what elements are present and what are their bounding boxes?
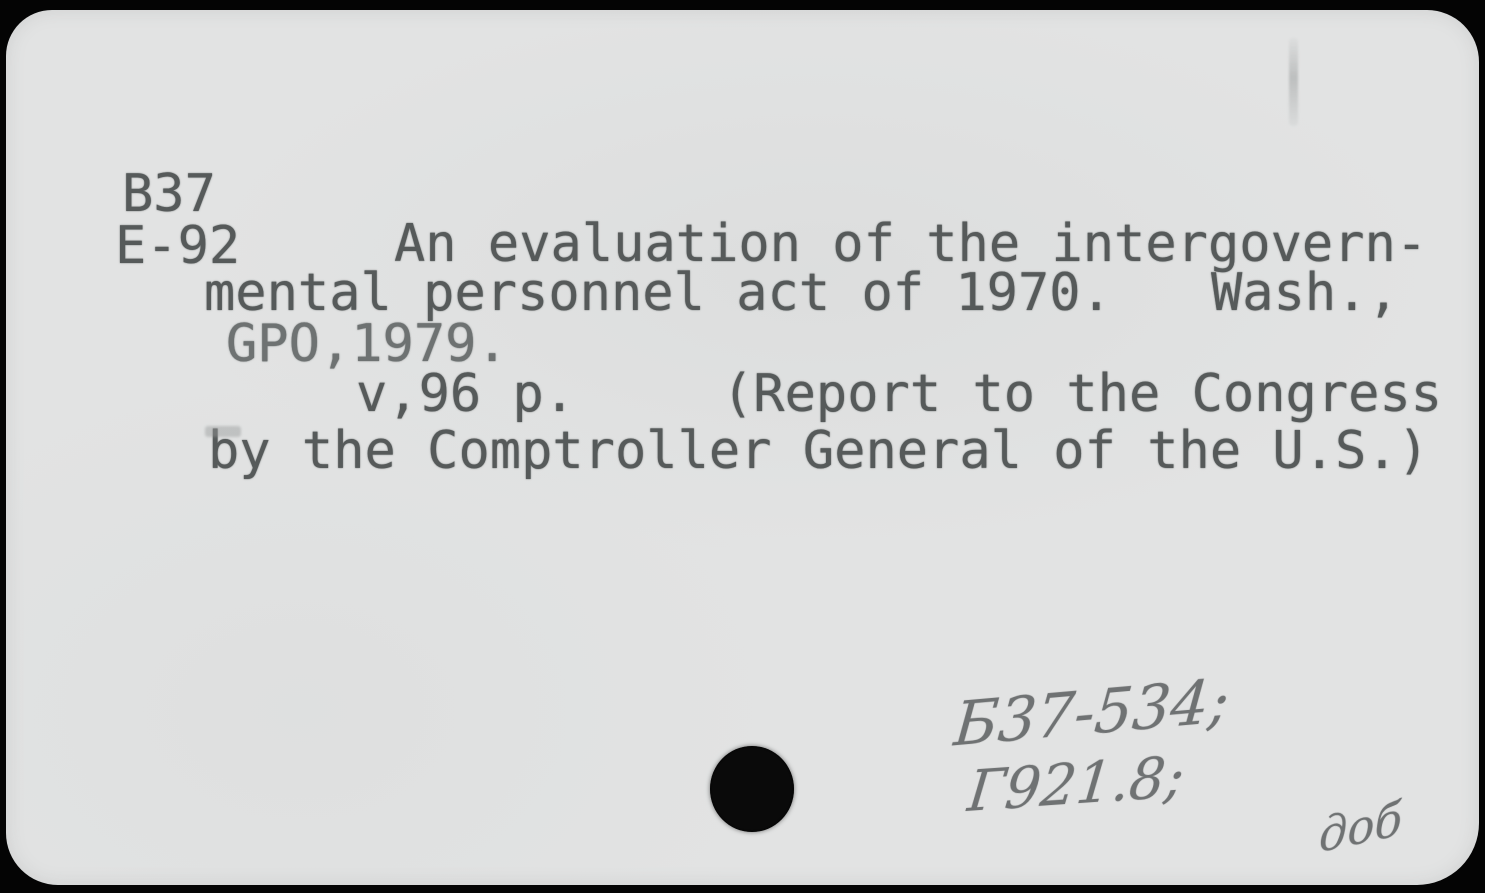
faint-dash-smudge <box>205 426 241 437</box>
title-line-2: mental personnel act of 1970. <box>204 267 1112 319</box>
series-line-2: by the Comptroller General of the U.S.) <box>208 425 1429 477</box>
handwritten-initials: доб <box>1319 791 1402 864</box>
catalog-card: B37 E-92 An evaluation of the intergover… <box>6 10 1479 885</box>
scanned-catalog-card-photo: B37 E-92 An evaluation of the intergover… <box>0 0 1485 893</box>
faint-vertical-smudge <box>1289 38 1298 126</box>
series-line-1: (Report to the Congress <box>722 368 1442 420</box>
imprint-line: GPO,1979. <box>226 318 508 370</box>
call-number-classification: B37 <box>122 168 216 220</box>
publication-place: Wash., <box>1211 267 1399 319</box>
handwritten-shelfmark-1: Б37-534; <box>951 666 1232 761</box>
punch-hole <box>710 746 794 832</box>
collation: v,96 p. <box>356 368 575 420</box>
